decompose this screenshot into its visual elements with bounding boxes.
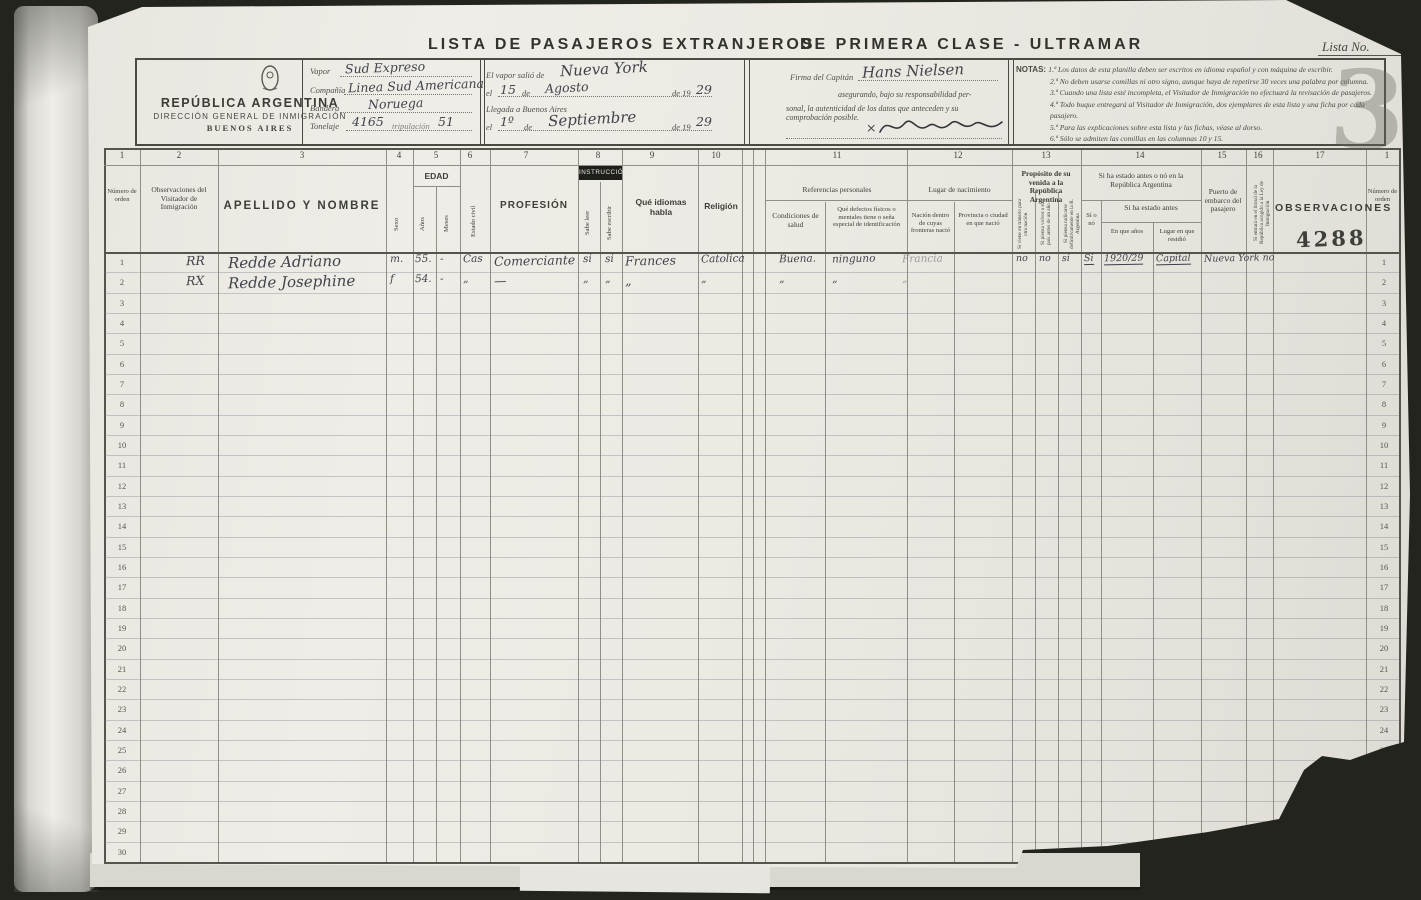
- column-number: 17: [1310, 150, 1330, 160]
- grid-vline: [218, 148, 219, 862]
- row-line: [104, 496, 1399, 497]
- row-number-left: 24: [107, 725, 137, 735]
- cell-estado_civil-row1: Cas: [463, 253, 483, 265]
- row-number-right: 29: [1369, 826, 1399, 836]
- column-number: 8: [588, 150, 608, 160]
- col-header-prop-transito: Si viene en tránsito para otra nación: [1018, 198, 1030, 250]
- agency-department: DIRECCIÓN GENERAL DE INMIGRACIÓN: [150, 112, 350, 121]
- row-number-right: 9: [1369, 420, 1399, 430]
- cell-nacion-row2: „: [902, 273, 908, 285]
- col-header-litoral: Si entrará en el litoral de la República…: [1254, 178, 1272, 248]
- row-line: [104, 679, 1399, 680]
- grid-vline: [578, 148, 579, 862]
- col-header-profesion: PROFESIÓN: [490, 200, 578, 212]
- divider: [1013, 60, 1014, 144]
- cell-visitador_mark-row2: RX: [186, 273, 205, 288]
- grid-hline: [1101, 222, 1201, 223]
- row-number-left: 7: [107, 379, 137, 389]
- col-header-si-o-no: Sí o nó: [1083, 212, 1100, 227]
- row-number-left: 25: [107, 745, 137, 755]
- row-line: [104, 801, 1399, 802]
- nota-item: 3.ª Cuando una lista esté incompleta, el…: [1016, 87, 1380, 99]
- col-header-prop-radicarse: Si piensa radicarse definitivamente en l…: [1064, 198, 1082, 250]
- row-line: [104, 638, 1399, 639]
- row-line: [104, 598, 1399, 599]
- departure-label: El vapor salió de: [486, 70, 544, 80]
- nota-item: 4.ª Todo buque entregará al Visitador de…: [1016, 99, 1380, 122]
- row-number-right: 12: [1369, 481, 1399, 491]
- row-number-left: 20: [107, 643, 137, 653]
- row-line: [104, 293, 1399, 294]
- divider: [1008, 60, 1009, 144]
- divider: [484, 60, 485, 144]
- row-number-left: 21: [107, 664, 137, 674]
- row-number-right: 17: [1369, 582, 1399, 592]
- previous-page-fold: [14, 6, 98, 892]
- row-number-right: 11: [1369, 460, 1399, 470]
- grid-vline: [460, 148, 461, 862]
- col-header-sabe-leer: Sabe leer: [584, 196, 592, 250]
- grid-hline: [765, 200, 1012, 201]
- col-header-lugar-residio: Lugar en que residió: [1155, 228, 1199, 243]
- field-rule: [498, 96, 712, 97]
- cell-edad_meses-row1: -: [440, 253, 444, 265]
- row-line: [104, 333, 1399, 334]
- row-line: [104, 516, 1399, 517]
- row-number-right: 15: [1369, 542, 1399, 552]
- col-header-edad: EDAD: [413, 172, 460, 182]
- row-number-left: 9: [107, 420, 137, 430]
- field-value-bandera: Noruega: [368, 95, 424, 112]
- group-header-estado-antes: Si ha estado antes o nó en la República …: [1083, 172, 1199, 189]
- cell-visitador_mark-row1: RR: [186, 253, 205, 268]
- arrival-year: 29: [696, 114, 712, 129]
- row-number-left: 13: [107, 501, 137, 511]
- col-header-apellido-nombre: APELLIDO Y NOMBRE: [220, 200, 384, 213]
- row-number-left: 29: [107, 826, 137, 836]
- departure-year: 29: [696, 82, 712, 97]
- nota-item: 6.ª Sólo se admiten las comillas en las …: [1016, 133, 1380, 145]
- row-number-left: 19: [107, 623, 137, 633]
- row-number-left: 30: [107, 847, 137, 857]
- stamp-4288: 4288: [1296, 225, 1367, 252]
- departure-month: Agosto: [545, 79, 589, 96]
- fold-shadow-bottom: [14, 772, 98, 892]
- group-header-lugar-nacimiento: Lugar de nacimiento: [909, 186, 1010, 195]
- grid-vline: [1101, 200, 1102, 862]
- grid-vline: [104, 148, 106, 862]
- column-number: 16: [1248, 150, 1268, 160]
- grid-vline: [140, 148, 141, 862]
- cell-salud-row2: „: [779, 273, 785, 285]
- row-line: [104, 394, 1399, 395]
- cell-proposito_volver-row1: no: [1039, 253, 1051, 264]
- field-rule: [346, 130, 472, 131]
- row-number-left: 4: [107, 318, 137, 328]
- row-number-right: 2: [1369, 277, 1399, 287]
- row-number-right: 21: [1369, 664, 1399, 674]
- row-number-left: 22: [107, 684, 137, 694]
- col-header-anos: Años: [419, 198, 427, 250]
- row-line: [104, 435, 1399, 436]
- column-number: 4: [389, 150, 409, 160]
- divider: [749, 60, 750, 144]
- row-line: [104, 415, 1399, 416]
- column-number: 3: [292, 150, 312, 160]
- field-label-compania: Compañía: [310, 85, 345, 95]
- col-header-provincia: Provincia o ciudad en que nació: [956, 212, 1010, 227]
- col-header-puerto-embarco: Puerto de embarco del pasajero: [1202, 188, 1244, 214]
- col-header-numero-orden: Número de orden: [105, 188, 139, 203]
- row-number-right: 1: [1369, 257, 1399, 267]
- row-number-right: 4: [1369, 318, 1399, 328]
- col-header-numero-orden-right: Número de orden: [1367, 188, 1398, 203]
- cell-profesion-row1: Comerciante: [494, 252, 576, 269]
- row-number-left: 16: [107, 562, 137, 572]
- grid-hline: [104, 165, 1399, 166]
- field-value-tripulacion: 51: [438, 114, 454, 129]
- row-number-left: 2: [107, 277, 137, 287]
- column-number: 13: [1036, 150, 1056, 160]
- row-number-right: 19: [1369, 623, 1399, 633]
- nota-item: 2.ª No deben usarse comillas ni otro sig…: [1016, 76, 1380, 88]
- captain-name: Hans Nielsen: [862, 60, 965, 82]
- grid-vline: [1012, 148, 1013, 862]
- col-header-observaciones: OBSERVACIONES: [1275, 202, 1364, 214]
- grid-hline: [1081, 200, 1201, 201]
- page-title-right: DE PRIMERA CLASE - ULTRAMAR: [800, 36, 1143, 54]
- grid-vline: [1399, 148, 1401, 862]
- cell-puerto_embarco-row1: Nueva York no: [1204, 252, 1275, 264]
- row-line: [104, 699, 1399, 700]
- row-number-left: 1: [107, 257, 137, 267]
- row-number-right: 18: [1369, 603, 1399, 613]
- cell-idiomas-row2: „: [625, 273, 632, 288]
- row-number-right: 30: [1369, 847, 1399, 857]
- row-number-right: 27: [1369, 786, 1399, 796]
- cell-sabe_leer-row2: „: [583, 273, 589, 285]
- column-number: 10: [706, 150, 726, 160]
- row-number-right: 8: [1369, 399, 1399, 409]
- row-number-right: 6: [1369, 359, 1399, 369]
- row-line: [104, 557, 1399, 558]
- row-number-left: 23: [107, 704, 137, 714]
- row-number-left: 5: [107, 338, 137, 348]
- captain-label: Firma del Capitán: [790, 72, 853, 82]
- row-line: [104, 476, 1399, 477]
- row-number-right: 3: [1369, 298, 1399, 308]
- cell-apellido_y_nombre-row1: Redde Adriano: [228, 252, 341, 272]
- row-line: [104, 618, 1399, 619]
- row-line: [104, 659, 1399, 660]
- row-line: [104, 354, 1399, 355]
- col-header-defectos: Qué defectos físicos o mentales tiene o …: [828, 206, 905, 229]
- column-number: 9: [642, 150, 662, 160]
- cell-edad_anos-row2: 54.: [415, 273, 432, 285]
- row-number-left: 6: [107, 359, 137, 369]
- column-number: 12: [948, 150, 968, 160]
- col-header-en-que-anos: En que años: [1103, 228, 1151, 236]
- grid-vline: [1366, 148, 1367, 862]
- col-header-religion: Religión: [700, 202, 742, 212]
- col-header-nacion: Nación dentro de cuyas fronteras nació: [909, 212, 952, 235]
- col-header-sabe-escribir: Sabe escribir: [606, 196, 614, 250]
- signature-x-mark: ×: [866, 120, 876, 135]
- divider: [744, 60, 745, 144]
- field-rule: [340, 112, 472, 113]
- field-rule: [498, 130, 712, 131]
- cell-idiomas-row1: Frances: [625, 252, 676, 268]
- cell-defectos-row1: ninguno: [832, 253, 876, 266]
- row-number-left: 17: [107, 582, 137, 592]
- grid-vline: [1201, 148, 1202, 862]
- arrival-day: 1º: [500, 114, 514, 129]
- row-line: [104, 455, 1399, 456]
- row-number-left: 11: [107, 460, 137, 470]
- col-header-meses: Meses: [443, 198, 451, 250]
- grid-vline: [753, 148, 754, 862]
- row-number-left: 8: [107, 399, 137, 409]
- cell-religion-row1: Catolica: [701, 253, 745, 266]
- row-number-left: 15: [107, 542, 137, 552]
- grid-hline: [104, 862, 1399, 864]
- cell-estado_civil-row2: „: [463, 273, 469, 285]
- cell-apellido_y_nombre-row2: Redde Josephine: [228, 272, 356, 293]
- row-line: [104, 842, 1399, 843]
- grid-vline: [386, 148, 387, 862]
- cell-profesion-row2: —: [494, 273, 507, 288]
- row-number-left: 26: [107, 765, 137, 775]
- grid-hline: [413, 186, 460, 187]
- cell-sabe_leer-row1: si: [583, 253, 592, 265]
- captain-signature: [878, 112, 1004, 138]
- field-rule: [786, 138, 1002, 139]
- row-line: [104, 537, 1399, 538]
- captain-line1: asegurando, bajo su responsabilidad per-: [838, 90, 972, 99]
- cell-defectos-row2: „: [832, 273, 838, 285]
- row-number-left: 10: [107, 440, 137, 450]
- cell-salud-row1: Buena.: [779, 253, 816, 266]
- row-line: [104, 720, 1399, 721]
- column-number: 11: [827, 150, 847, 160]
- col-header-condiciones-salud: Condiciones de salud: [767, 212, 824, 229]
- subgroup-header-si-ha-estado: Si ha estado antes: [1103, 204, 1199, 213]
- cell-sabe_escribir-row2: „: [605, 273, 611, 285]
- field-label-vapor: Vapor: [310, 66, 330, 76]
- row-line: [104, 374, 1399, 375]
- cell-sexo-row1: m.: [390, 253, 404, 265]
- column-number: 14: [1130, 150, 1150, 160]
- cell-en_que_anos-row1: 1920/29: [1104, 253, 1144, 266]
- grid-vline: [1153, 222, 1154, 862]
- form-paper: LISTA DE PASAJEROS EXTRANJEROS DE PRIMER…: [0, 0, 1421, 900]
- grid-vline: [622, 148, 623, 862]
- col-header-prop-volver: Si piensa volver a su país antes de un a…: [1041, 198, 1053, 250]
- cell-edad_meses-row2: -: [440, 273, 444, 285]
- row-number-right: 26: [1369, 765, 1399, 775]
- row-number-right: 28: [1369, 806, 1399, 816]
- row-line: [104, 760, 1399, 761]
- grid-vline: [413, 148, 414, 862]
- grid-vline: [698, 148, 699, 862]
- fold-shadow-top: [14, 6, 98, 166]
- column-number: 2: [169, 150, 189, 160]
- grid-vline: [1081, 148, 1082, 862]
- cell-proposito_radicarse-row1: si: [1062, 253, 1070, 264]
- row-number-left: 27: [107, 786, 137, 796]
- grid-vline: [765, 148, 766, 862]
- column-number: 5: [426, 150, 446, 160]
- cell-sabe_escribir-row1: si: [605, 253, 614, 265]
- field-label-bandera: Bandera: [310, 103, 339, 113]
- col-header-estado-civil: Estado civil: [470, 192, 478, 250]
- row-line: [104, 740, 1399, 741]
- dep-el: el: [486, 88, 492, 98]
- row-number-right: 25: [1369, 745, 1399, 755]
- row-number-right: 7: [1369, 379, 1399, 389]
- row-number-right: 20: [1369, 643, 1399, 653]
- row-line: [104, 577, 1399, 578]
- row-line: [104, 821, 1399, 822]
- cell-religion-row2: „: [701, 273, 707, 285]
- column-number: 1: [112, 150, 132, 160]
- field-value-tonelaje: 4165: [352, 114, 384, 129]
- instruccion-header-bar: INSTRUCCIÓN: [579, 166, 622, 180]
- col-header-sexo: Sexo: [393, 200, 401, 248]
- nota-item: NOTAS: 1.ª Los datos de esta planilla de…: [1016, 64, 1380, 76]
- field-rule: [858, 80, 998, 81]
- row-number-right: 13: [1369, 501, 1399, 511]
- col-header-observaciones-visitador: Observaciones del Visitador de Inmigraci…: [142, 186, 216, 212]
- column-number: 15: [1212, 150, 1232, 160]
- grid-vline: [825, 202, 826, 862]
- cell-estuvo_antes-row1: Si: [1084, 253, 1094, 265]
- column-number: 1: [1377, 150, 1397, 160]
- column-number: 6: [460, 150, 480, 160]
- row-number-right: 22: [1369, 684, 1399, 694]
- departure-day: 15: [500, 82, 516, 97]
- row-number-right: 14: [1369, 521, 1399, 531]
- row-number-right: 23: [1369, 704, 1399, 714]
- row-number-left: 3: [107, 298, 137, 308]
- row-number-right: 24: [1369, 725, 1399, 735]
- row-number-right: 5: [1369, 338, 1399, 348]
- scanned-passenger-list-photo: LISTA DE PASAJEROS EXTRANJEROS DE PRIMER…: [0, 0, 1421, 900]
- cell-lugar_residio-row1: Capital: [1156, 253, 1191, 266]
- cell-proposito_transito-row1: no: [1016, 253, 1028, 264]
- cell-nacion-row1: Francia: [902, 253, 943, 266]
- field-value-vapor: Sud Expreso: [345, 59, 426, 77]
- grid-vline: [954, 202, 955, 862]
- row-number-right: 10: [1369, 440, 1399, 450]
- page-title-left: LISTA DE PASAJEROS EXTRANJEROS: [428, 36, 816, 54]
- col-header-idiomas: Qué idiomas habla: [624, 198, 698, 218]
- arr-el: el: [486, 122, 492, 132]
- column-number: 7: [516, 150, 536, 160]
- row-number-left: 14: [107, 521, 137, 531]
- row-number-left: 28: [107, 806, 137, 816]
- row-number-left: 12: [107, 481, 137, 491]
- notas-block: NOTAS: 1.ª Los datos de esta planilla de…: [1016, 64, 1380, 145]
- cell-sexo-row2: f: [390, 273, 394, 285]
- group-header-referencias: Referencias personales: [767, 186, 907, 195]
- nota-item: 5.ª Para las explicaciones sobre esta li…: [1016, 122, 1380, 134]
- notas-label: NOTAS:: [1016, 65, 1048, 74]
- grid-vline: [490, 148, 491, 862]
- field-label-tonelaje: Tonelaje: [310, 121, 339, 131]
- argentina-coat-of-arms-icon: [250, 64, 290, 99]
- cell-edad_anos-row1: 55.: [415, 253, 432, 265]
- row-number-left: 18: [107, 603, 137, 613]
- row-line: [104, 781, 1399, 782]
- row-number-right: 16: [1369, 562, 1399, 572]
- divider: [480, 60, 481, 144]
- row-line: [104, 313, 1399, 314]
